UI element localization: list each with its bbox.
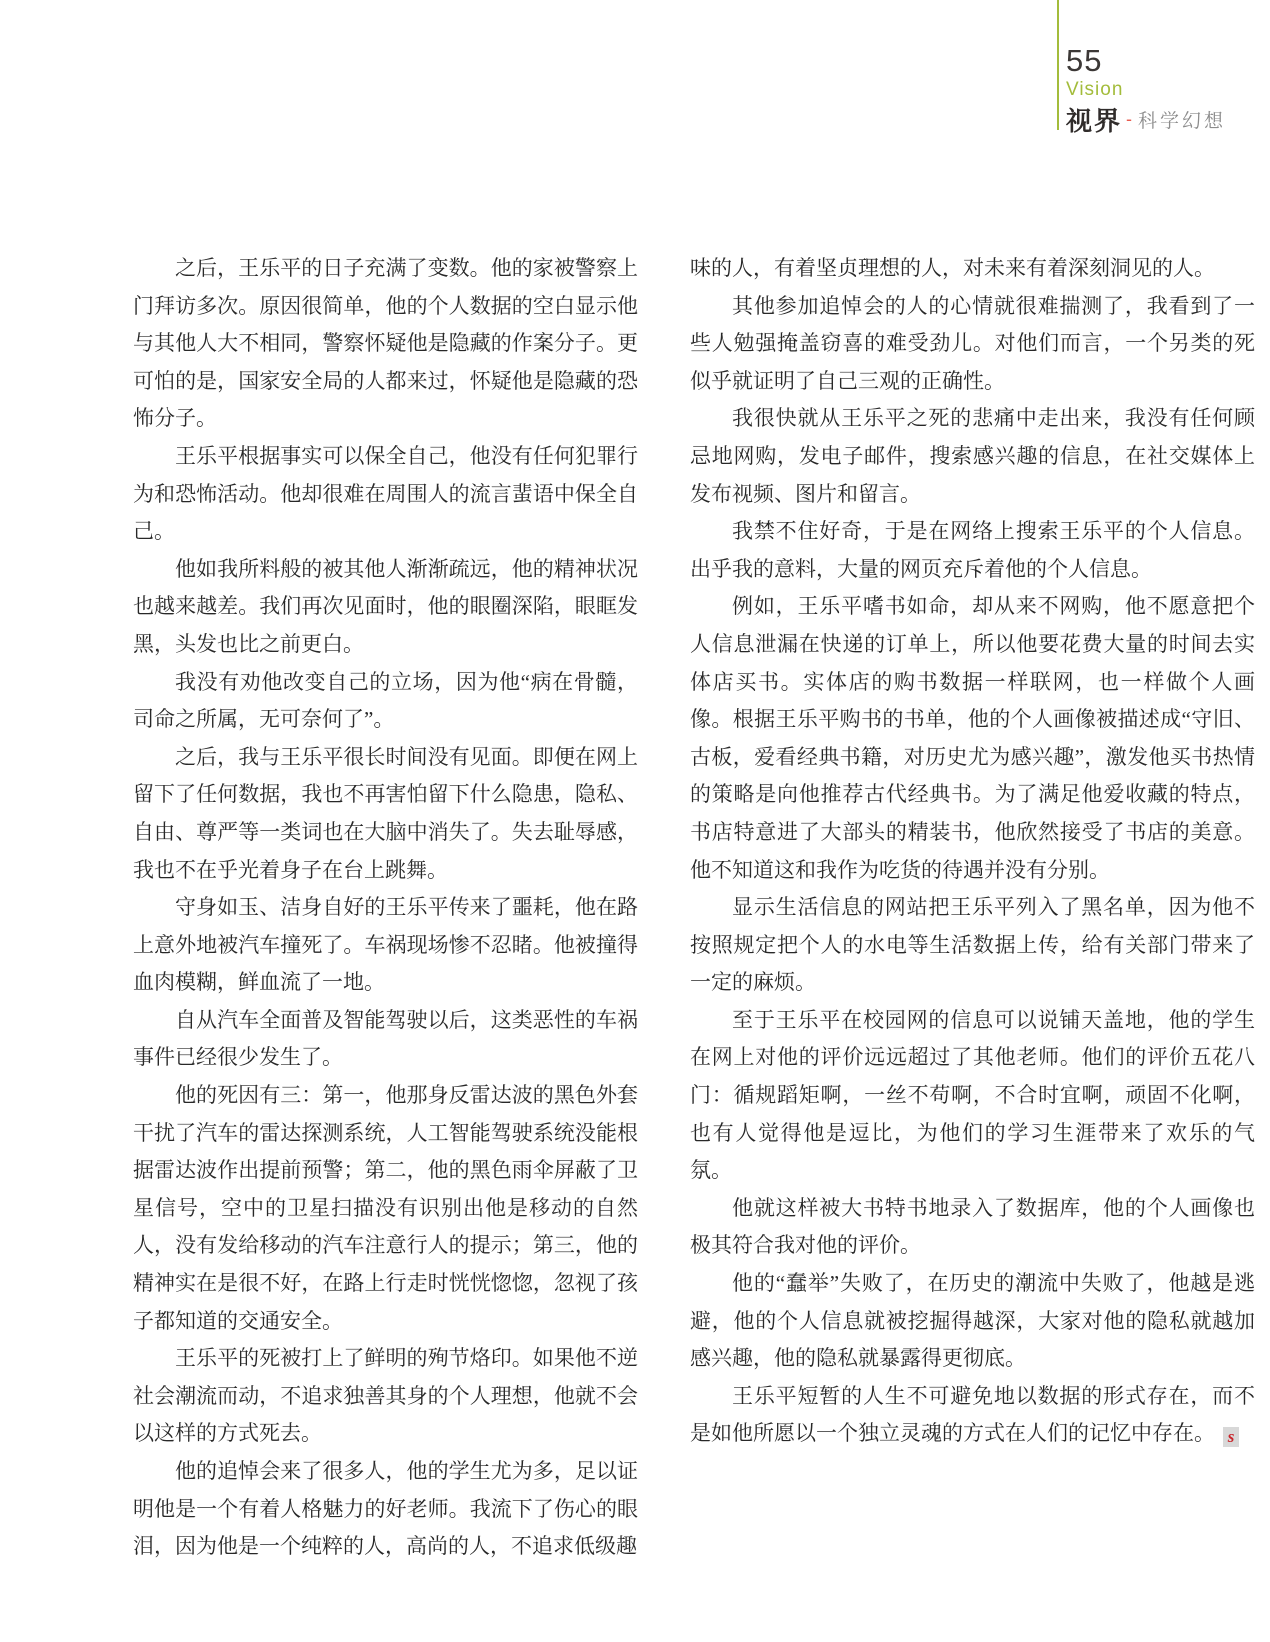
paragraph: 之后，王乐平的日子充满了变数。他的家被警察上门拜访多次。原因很简单，他的个人数据…	[133, 250, 638, 438]
paragraph: 其他参加追悼会的人的心情就很难揣测了，我看到了一些人勉强掩盖窃喜的难受劲儿。对他…	[690, 288, 1255, 401]
paragraph-last: 王乐平短暂的人生不可避免地以数据的形式存在，而不是如他所愿以一个独立灵魂的方式在…	[690, 1378, 1255, 1453]
paragraph: 之后，我与王乐平很长时间没有见面。即便在网上留下了任何数据，我也不再害怕留下什么…	[133, 739, 638, 889]
paragraph: 他如我所料般的被其他人渐渐疏远，他的精神状况也越来越差。我们再次见面时，他的眼圈…	[133, 551, 638, 664]
paragraph: 例如，王乐平嗜书如命，却从来不网购，他不愿意把个人信息泄漏在快递的订单上，所以他…	[690, 588, 1255, 889]
section-subtitle: 科学幻想	[1138, 111, 1226, 132]
left-column: 之后，王乐平的日子充满了变数。他的家被警察上门拜访多次。原因很简单，他的个人数据…	[133, 250, 638, 1566]
paragraph: 他的“蠢举”失败了，在历史的潮流中失败了，他越是逃避，他的个人信息就被挖掘得越深…	[690, 1265, 1255, 1378]
right-column: 味的人，有着坚贞理想的人，对未来有着深刻洞见的人。 其他参加追悼会的人的心情就很…	[690, 250, 1255, 1453]
section-divider: -	[1126, 109, 1132, 129]
section-title-zh: 视界	[1066, 106, 1122, 136]
paragraph: 我没有劝他改变自己的立场，因为他“病在骨髓，司命之所属，无可奈何了”。	[133, 664, 638, 739]
paragraph: 他的死因有三：第一，他那身反雷达波的黑色外套干扰了汽车的雷达探测系统，人工智能驾…	[133, 1077, 638, 1340]
paragraph: 味的人，有着坚贞理想的人，对未来有着深刻洞见的人。	[690, 250, 1255, 288]
article-end-mark-icon: s	[1223, 1427, 1239, 1447]
paragraph: 他的追悼会来了很多人，他的学生尤为多，足以证明他是一个有着人格魅力的好老师。我流…	[133, 1453, 638, 1566]
paragraph: 王乐平的死被打上了鲜明的殉节烙印。如果他不逆社会潮流而动，不追求独善其身的个人理…	[133, 1340, 638, 1453]
paragraph-text: 王乐平短暂的人生不可避免地以数据的形式存在，而不是如他所愿以一个独立灵魂的方式在…	[690, 1384, 1255, 1446]
paragraph: 守身如玉、洁身自好的王乐平传来了噩耗，他在路上意外地被汽车撞死了。车祸现场惨不忍…	[133, 889, 638, 1002]
header-accent-rule	[1057, 0, 1059, 130]
paragraph: 我很快就从王乐平之死的悲痛中走出来，我没有任何顾忌地网购，发电子邮件，搜索感兴趣…	[690, 400, 1255, 513]
paragraph: 自从汽车全面普及智能驾驶以后，这类恶性的车祸事件已经很少发生了。	[133, 1002, 638, 1077]
paragraph: 我禁不住好奇，于是在网络上搜索王乐平的个人信息。出乎我的意料，大量的网页充斥着他…	[690, 513, 1255, 588]
paragraph: 至于王乐平在校园网的信息可以说铺天盖地，他的学生在网上对他的评价远远超过了其他老…	[690, 1002, 1255, 1190]
page-number: 55	[1066, 44, 1102, 78]
paragraph: 显示生活信息的网站把王乐平列入了黑名单，因为他不按照规定把个人的水电等生活数据上…	[690, 889, 1255, 1002]
section-label-en: Vision	[1066, 80, 1123, 100]
section-header: 视界-科学幻想	[1066, 101, 1226, 138]
paragraph: 他就这样被大书特书地录入了数据库，他的个人画像也极其符合我对他的评价。	[690, 1190, 1255, 1265]
paragraph: 王乐平根据事实可以保全自己，他没有任何犯罪行为和恐怖活动。他却很难在周围人的流言…	[133, 438, 638, 551]
